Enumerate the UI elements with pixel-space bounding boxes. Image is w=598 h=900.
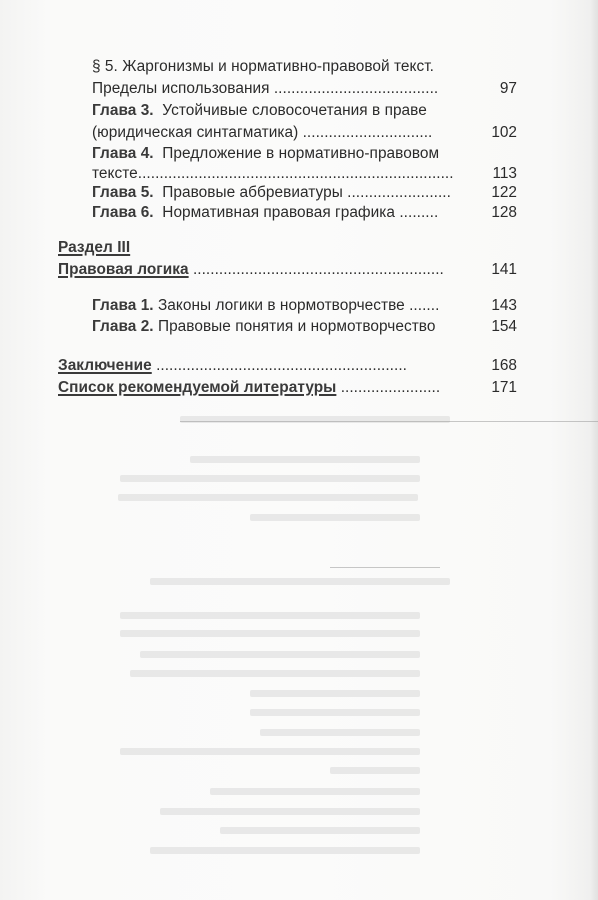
toc-entry-chapter-3-line-2: (юридическая синтагматика) .............…: [92, 123, 432, 142]
leader-dots: ........................................…: [189, 261, 444, 278]
leader-dots: .......................: [336, 379, 440, 396]
chapter-prefix: Глава 5.: [92, 184, 154, 201]
page-number: 113: [467, 164, 517, 183]
toc-entry-section-5-line-2: Пределы использования ..................…: [92, 79, 438, 98]
chapter-prefix: Глава 3.: [92, 102, 154, 119]
page-number: 97: [467, 79, 517, 98]
bibliography-title: Список рекомендуемой литературы: [58, 379, 336, 396]
toc-entry-section-3-chapter-1: Глава 1. Законы логики в нормотворчестве…: [92, 296, 439, 315]
page-number: 143: [467, 296, 517, 315]
page-number: 122: [467, 183, 517, 202]
toc-entry-chapter-3: Глава 3. Устойчивые словосочетания в пра…: [92, 101, 427, 120]
section-title: Правовая логика: [58, 261, 189, 278]
chapter-prefix: Глава 1.: [92, 297, 154, 314]
page-number: 154: [467, 317, 517, 336]
page-number: 171: [467, 378, 517, 397]
chapter-title: Законы логики в нормотворчестве .......: [154, 297, 440, 314]
page-number: 128: [467, 203, 517, 222]
chapter-title: Правовые понятия и нормотворчество: [154, 318, 436, 335]
toc-entry-chapter-5: Глава 5. Правовые аббревиатуры .........…: [92, 183, 451, 202]
toc-entry-chapter-4-line-2: тексте..................................…: [92, 164, 454, 183]
conclusion-title: Заключение: [58, 357, 152, 374]
chapter-prefix: Глава 6.: [92, 204, 154, 221]
page-number: 141: [467, 260, 517, 279]
chapter-prefix: Глава 2.: [92, 318, 154, 335]
toc-entry-chapter-4: Глава 4. Предложение в нормативно-правов…: [92, 144, 439, 163]
section-heading: Раздел III: [58, 238, 130, 257]
chapter-title: Правовые аббревиатуры ..................…: [154, 184, 451, 201]
toc-entry-section-3-chapter-2: Глава 2. Правовые понятия и нормотворчес…: [92, 317, 435, 336]
toc-entry-conclusion: Заключение .............................…: [58, 356, 407, 375]
toc-entry-bibliography: Список рекомендуемой литературы ........…: [58, 378, 440, 397]
chapter-title: Нормативная правовая графика .........: [154, 204, 439, 221]
toc-entry-chapter-6: Глава 6. Нормативная правовая графика ..…: [92, 203, 438, 222]
chapter-prefix: Глава 4.: [92, 145, 154, 162]
leader-dots: ........................................…: [152, 357, 407, 374]
page-number: 168: [467, 356, 517, 375]
page-number: 102: [467, 123, 517, 142]
page-edge-shadow: [590, 0, 598, 900]
toc-entry-section-3: Правовая логика ........................…: [58, 260, 444, 279]
chapter-title: Предложение в нормативно-правовом: [154, 145, 440, 162]
toc-entry-section-5-line-1: § 5. Жаргонизмы и нормативно-правовой те…: [92, 57, 434, 76]
chapter-title: Устойчивые словосочетания в праве: [154, 102, 427, 119]
